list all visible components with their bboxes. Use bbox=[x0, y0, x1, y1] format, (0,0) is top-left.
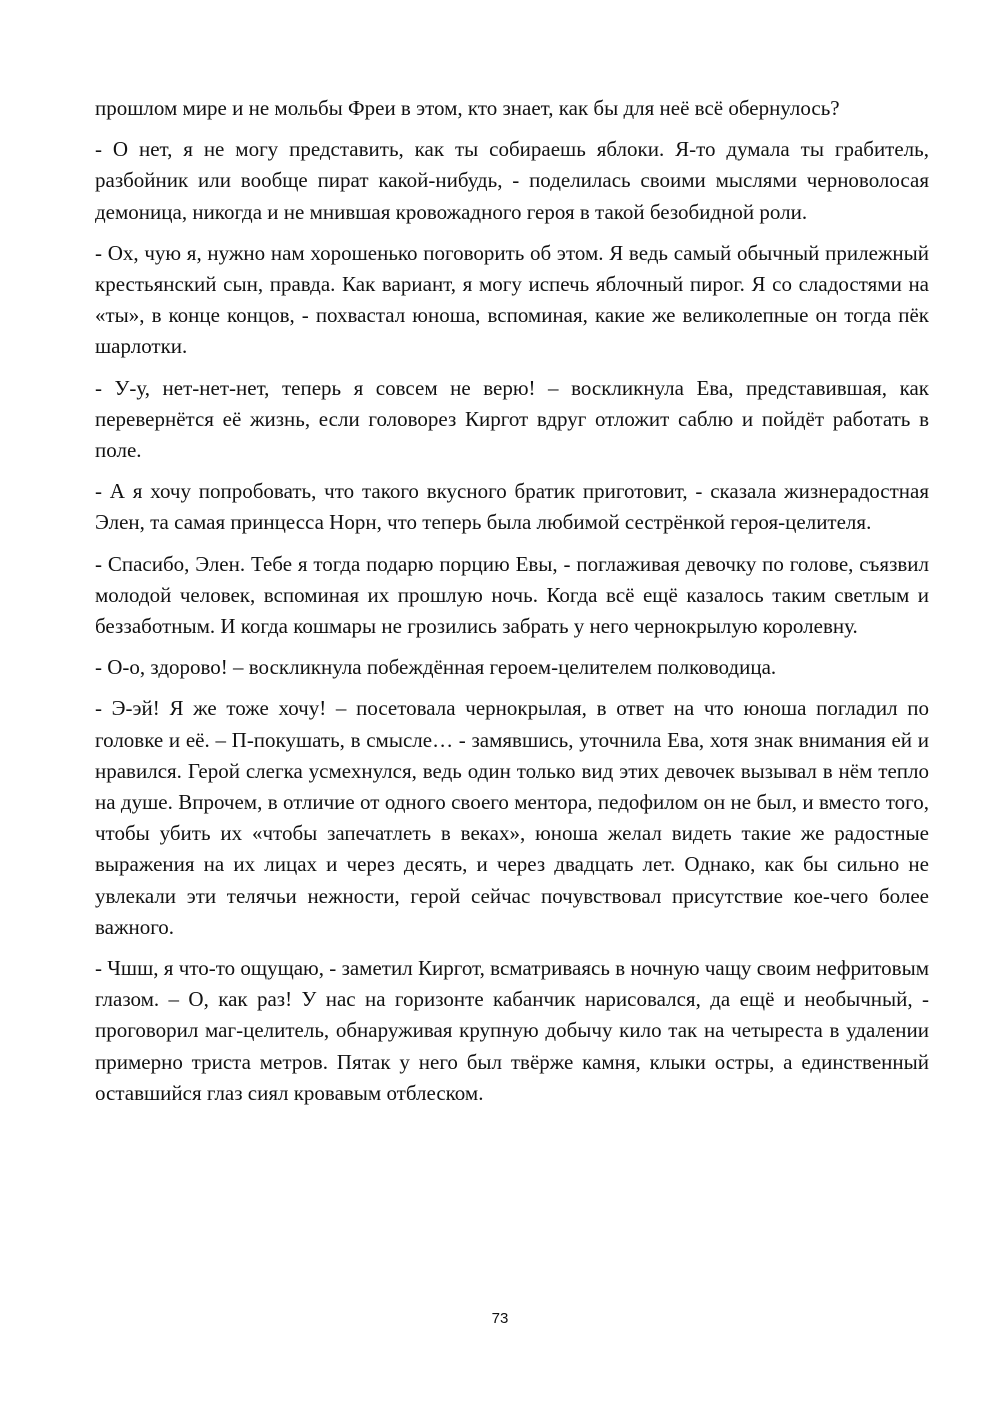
paragraph: - О-о, здорово! – воскликнула побеждённа… bbox=[95, 652, 929, 683]
paragraph: - Чшш, я что-то ощущаю, - заметил Киргот… bbox=[95, 953, 929, 1109]
paragraph: - О нет, я не могу представить, как ты с… bbox=[95, 134, 929, 228]
paragraph: прошлом мире и не мольбы Фреи в этом, кт… bbox=[95, 93, 929, 124]
paragraph: - У-у, нет-нет-нет, теперь я совсем не в… bbox=[95, 373, 929, 467]
paragraph: - Э-эй! Я же тоже хочу! – посетовала чер… bbox=[95, 693, 929, 943]
page-number: 73 bbox=[0, 1310, 1000, 1327]
paragraph: - Спасибо, Элен. Тебе я тогда подарю пор… bbox=[95, 549, 929, 643]
paragraph: - Ох, чую я, нужно нам хорошенько погово… bbox=[95, 238, 929, 363]
page-body: прошлом мире и не мольбы Фреи в этом, кт… bbox=[95, 93, 929, 1119]
paragraph: - А я хочу попробовать, что такого вкусн… bbox=[95, 476, 929, 538]
